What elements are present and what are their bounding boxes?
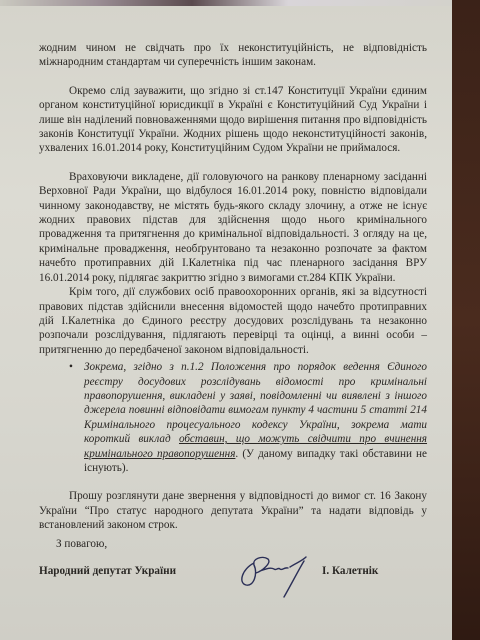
paragraph-request: Прошу розглянути дане звернення у відпов… <box>39 489 427 532</box>
paragraph-constitutional-court: Окремо слід зауважити, що згідно зі ст.1… <box>39 84 427 156</box>
signature-block: Народний депутат України І. Калетнік <box>39 563 419 603</box>
paragraph-continuation: жодним чином не свідчать про їх неконсти… <box>39 41 427 70</box>
paragraph-law-enforcement: Крім того, дії службових осіб правоохоро… <box>39 285 427 357</box>
signer-name: І. Калетнік <box>322 565 378 577</box>
signer-title: Народний депутат України <box>39 565 176 577</box>
background-edge <box>0 0 480 6</box>
paragraph-considering: Враховуючи викладене, дії головуючого на… <box>39 170 427 285</box>
desk-background <box>452 0 480 640</box>
signature-icon <box>232 543 322 603</box>
document-body: жодним чином не свідчать про їх неконсти… <box>39 41 427 533</box>
bullet-regulation-note: Зокрема, згідно з п.1.2 Положення про по… <box>84 360 427 475</box>
closing-greeting: З повагою, <box>56 538 107 550</box>
